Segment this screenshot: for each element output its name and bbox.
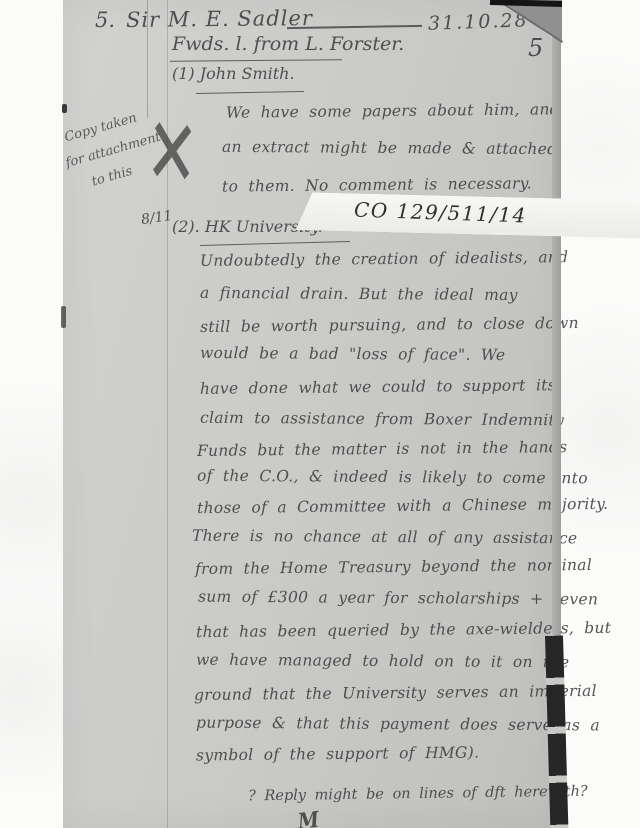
section2-line: purpose & that this payment does serve a… — [196, 714, 600, 735]
margin-cross-mark: ✕ — [144, 104, 200, 202]
header-date: 31.10.28 — [428, 9, 529, 34]
header-name: Sir M. E. Sadler — [126, 6, 313, 32]
header-index: 5. — [95, 8, 115, 32]
section2-line: we have managed to hold on to it on the — [196, 651, 569, 672]
section1-line: an extract might be made & attached — [222, 138, 558, 158]
section2-line: have done what we could to support its — [200, 376, 556, 398]
section2-line: would be a bad "loss of face". We — [200, 344, 506, 364]
archive-reference-label: CO 129/511/14 — [354, 198, 528, 228]
page-right-edge-shadow — [552, 8, 561, 638]
section2-line: sum of £300 a year for scholarships + (e… — [198, 588, 598, 609]
section1-line: We have some papers about him, and — [226, 100, 560, 121]
section2-line: a financial drain. But the ideal may — [200, 284, 518, 304]
folio-number: 5 — [528, 34, 543, 62]
scan-speck — [62, 104, 67, 113]
section1-heading: (1) John Smith. — [172, 64, 295, 83]
section2-line: There is no chance at all of any assista… — [192, 527, 578, 548]
closing-initials: M — [297, 807, 319, 828]
section1-line: to them. No comment is necessary. — [222, 174, 532, 195]
section2-line: of the C.O., & indeed is likely to come … — [197, 467, 588, 488]
section2-line: claim to assistance from Boxer Indemnity — [200, 409, 564, 430]
section2-line: symbol of the support of HMG). — [196, 744, 479, 765]
section2-line: Undoubtedly the creation of idealists, a… — [200, 248, 569, 270]
scan-speck — [61, 306, 66, 328]
header-forward-line: Fwds. l. from L. Forster. — [172, 33, 404, 55]
scanned-document: 5. Sir M. E. Sadler 31.10.28 Fwds. l. fr… — [0, 0, 640, 828]
